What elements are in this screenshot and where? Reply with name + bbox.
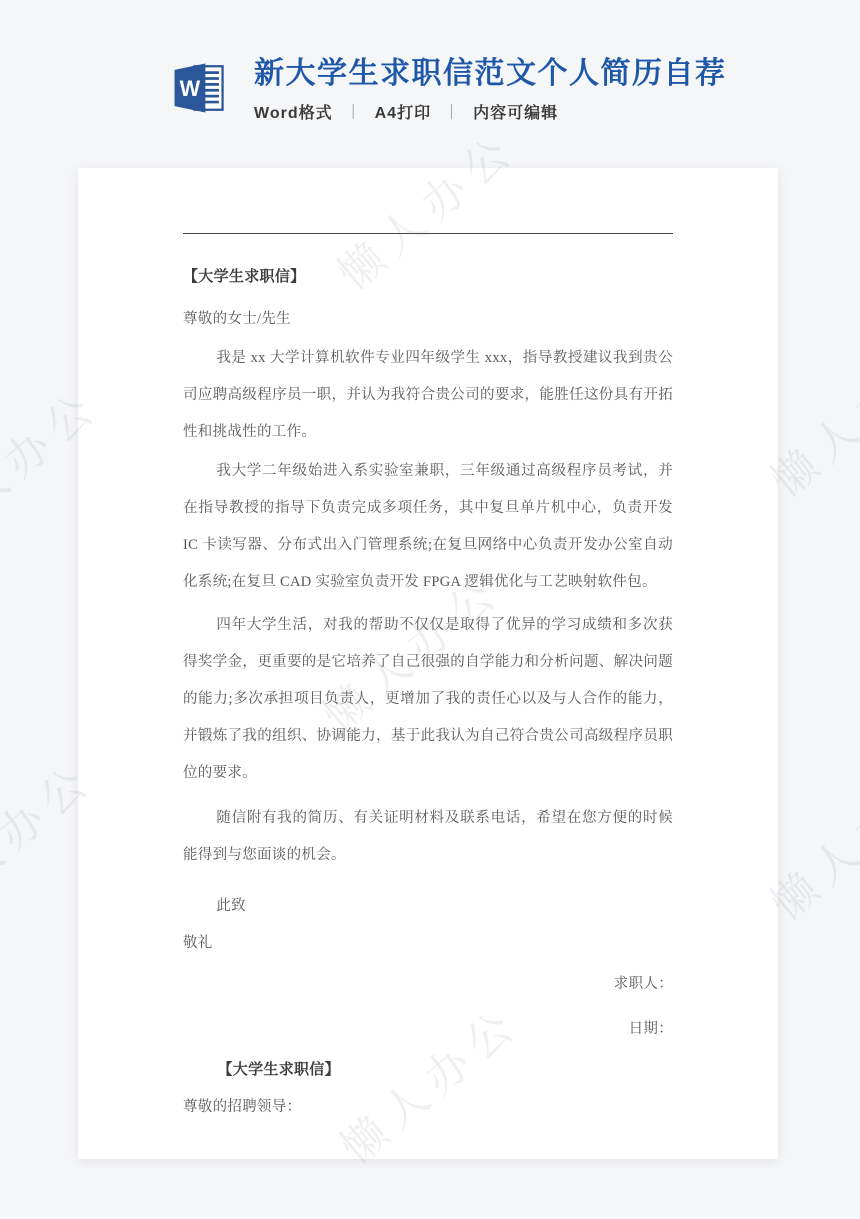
body-paragraph: 四年大学生活，对我的帮助不仅仅是取得了优异的学习成绩和多次获得奖学金，更重要的是…	[183, 607, 673, 792]
word-icon-letter: W	[180, 76, 201, 101]
word-file-icon: W	[170, 59, 228, 117]
header-text: 新大学生求职信范文个人简历自荐 Word格式 ｜ A4打印 ｜ 内容可编辑	[254, 57, 727, 123]
header: W 新大学生求职信范文个人简历自荐 Word格式 ｜ A4打印 ｜ 内容可编辑	[170, 57, 727, 123]
document-page: 【大学生求职信】 尊敬的女士/先生 我是 xx 大学计算机软件专业四年级学生 x…	[78, 168, 778, 1159]
section1-heading: 【大学生求职信】	[183, 259, 673, 296]
body-paragraph: 我是 xx 大学计算机软件专业四年级学生 xxx，指导教授建议我到贵公司应聘高级…	[183, 340, 673, 451]
format-info: Word格式 ｜ A4打印 ｜ 内容可编辑	[254, 100, 727, 123]
signer-label: 求职人：	[183, 966, 673, 1003]
page-canvas: 懒人办公 懒人办公 懒人办公 懒人办公 懒人办公 懒人办公 懒人办公 W	[0, 0, 860, 1219]
section2-heading: 【大学生求职信】	[183, 1052, 673, 1089]
closing-cizhi: 此致	[183, 888, 673, 925]
section1-salutation: 尊敬的女士/先生	[183, 301, 673, 338]
divider-line	[183, 233, 673, 234]
body-paragraph: 我大学二年级始进入系实验室兼职，三年级通过高级程序员考试，并在指导教授的指导下负…	[183, 453, 673, 601]
separator-icon: ｜	[346, 101, 362, 122]
format-word-label: Word格式	[254, 100, 333, 123]
section2-salutation: 尊敬的招聘领导：	[183, 1089, 673, 1126]
document-title: 新大学生求职信范文个人简历自荐	[254, 57, 727, 91]
body-paragraph: 随信附有我的简历、有关证明材料及联系电话，希望在您方便的时候能得到与您面谈的机会…	[183, 800, 673, 874]
format-print-label: A4打印	[375, 100, 431, 123]
separator-icon: ｜	[444, 101, 460, 122]
document-body: 【大学生求职信】 尊敬的女士/先生 我是 xx 大学计算机软件专业四年级学生 x…	[183, 259, 673, 1126]
closing-jingli: 敬礼	[183, 925, 673, 962]
date-label: 日期：	[183, 1011, 673, 1048]
format-editable-label: 内容可编辑	[473, 100, 558, 123]
